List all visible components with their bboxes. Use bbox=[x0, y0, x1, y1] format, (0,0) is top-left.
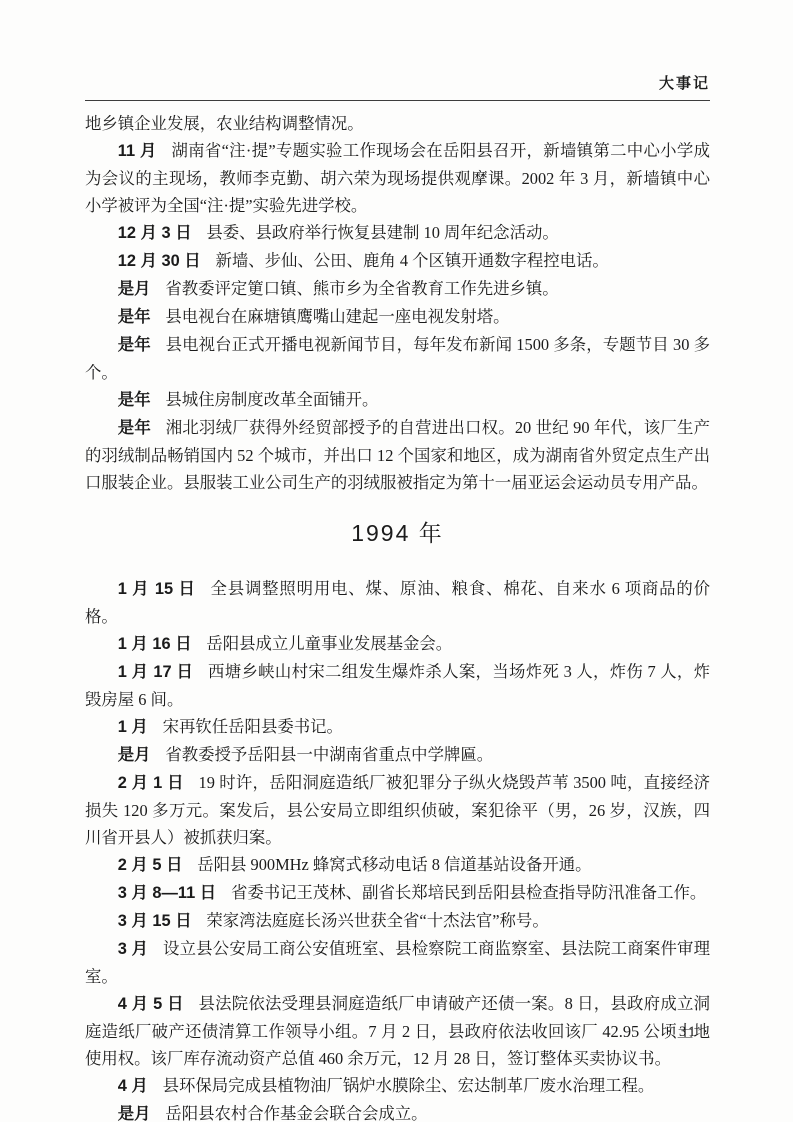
entry: 2 月 1 日19 时许，岳阳洞庭造纸厂被犯罪分子纵火烧毁芦苇 3500 吨，直… bbox=[85, 769, 710, 851]
entry-text: 县环保局完成县植物油厂锅炉水膜除尘、宏达制革厂废水治理工程。 bbox=[163, 1076, 655, 1095]
entry-date: 3 月 8—11 日 bbox=[118, 884, 216, 902]
entry-date: 2 月 5 日 bbox=[118, 856, 183, 874]
entry-text: 县电视台在麻塘镇鹰嘴山建起一座电视发射塔。 bbox=[165, 307, 509, 326]
entry-date: 11 月 bbox=[118, 142, 157, 160]
entry-date: 3 月 bbox=[118, 940, 148, 958]
entry-text: 县委、县政府举行恢复县建制 10 周年纪念活动。 bbox=[206, 223, 558, 242]
entry: 1 月 15 日全县调整照明用电、煤、原油、粮食、棉花、自来水 6 项商品的价格… bbox=[85, 575, 710, 630]
entry: 是月省教委授予岳阳县一中湖南省重点中学牌匾。 bbox=[85, 741, 710, 769]
entry-date: 是年 bbox=[118, 391, 151, 409]
page-content: 地乡镇企业发展，农业结构调整情况。 11 月湖南省“注·提”专题实验工作现场会在… bbox=[85, 110, 710, 1122]
entry-text: 岳阳县农村合作基金会联合会成立。 bbox=[165, 1104, 427, 1122]
entry-date: 是月 bbox=[118, 746, 151, 764]
entry-text: 湘北羽绒厂获得外经贸部授予的自营进出口权。20 世纪 90 年代，该厂生产的羽绒… bbox=[85, 418, 710, 492]
entry-text: 设立县公安局工商公安值班室、县检察院工商监察室、县法院工商案件审理室。 bbox=[85, 939, 710, 986]
running-title: 大事记 bbox=[659, 75, 710, 92]
entry-date: 12 月 30 日 bbox=[118, 252, 201, 270]
paragraph-continuation: 地乡镇企业发展，农业结构调整情况。 bbox=[85, 110, 710, 137]
entry: 是年县电视台正式开播电视新闻节目，每年发布新闻 1500 多条，专题节目 30 … bbox=[85, 331, 710, 386]
entry-date: 是月 bbox=[118, 280, 151, 298]
entry-text: 宋再钦任岳阳县委书记。 bbox=[163, 717, 343, 736]
entry: 是月岳阳县农村合作基金会联合会成立。 bbox=[85, 1100, 710, 1122]
entry-date: 4 月 5 日 bbox=[118, 995, 184, 1013]
entry: 4 月县环保局完成县植物油厂锅炉水膜除尘、宏达制革厂废水治理工程。 bbox=[85, 1072, 710, 1100]
entry-text: 县电视台正式开播电视新闻节目，每年发布新闻 1500 多条，专题节目 30 多个… bbox=[85, 335, 710, 382]
entry: 1 月 17 日西塘乡峡山村宋二组发生爆炸杀人案，当场炸死 3 人，炸伤 7 人… bbox=[85, 658, 710, 713]
page-header: 大事记 bbox=[85, 72, 710, 101]
page-number: · 31 · bbox=[667, 1024, 710, 1040]
entry: 是年湘北羽绒厂获得外经贸部授予的自营进出口权。20 世纪 90 年代，该厂生产的… bbox=[85, 414, 710, 496]
entry-date: 2 月 1 日 bbox=[118, 774, 184, 792]
entry-text: 新墙、步仙、公田、鹿角 4 个区镇开通数字程控电话。 bbox=[215, 251, 608, 270]
entry-text: 县城住房制度改革全面铺开。 bbox=[165, 390, 378, 409]
entry: 1 月宋再钦任岳阳县委书记。 bbox=[85, 713, 710, 741]
entry: 4 月 5 日县法院依法受理县洞庭造纸厂申请破产还债一案。8 日，县政府成立洞庭… bbox=[85, 990, 710, 1072]
entry-text: 岳阳县 900MHz 蜂窝式移动电话 8 信道基站设备开通。 bbox=[197, 855, 591, 874]
entry: 12 月 30 日新墙、步仙、公田、鹿角 4 个区镇开通数字程控电话。 bbox=[85, 247, 710, 275]
entry-date: 是年 bbox=[118, 336, 151, 354]
entry: 是年县电视台在麻塘镇鹰嘴山建起一座电视发射塔。 bbox=[85, 303, 710, 331]
page-footer: · 31 · bbox=[667, 1024, 710, 1041]
entry-date: 12 月 3 日 bbox=[118, 224, 192, 242]
entry-date: 1 月 17 日 bbox=[118, 663, 193, 681]
entry: 3 月设立县公安局工商公安值班室、县检察院工商监察室、县法院工商案件审理室。 bbox=[85, 935, 710, 990]
entry: 12 月 3 日县委、县政府举行恢复县建制 10 周年纪念活动。 bbox=[85, 219, 710, 247]
entry-text: 湖南省“注·提”专题实验工作现场会在岳阳县召开，新墙镇第二中心小学成为会议的主现… bbox=[85, 141, 710, 215]
entry: 3 月 15 日荣家湾法庭庭长汤兴世获全省“十杰法官”称号。 bbox=[85, 907, 710, 935]
entry-text: 省教委授予岳阳县一中湖南省重点中学牌匾。 bbox=[165, 745, 493, 764]
entry-text: 荣家湾法庭庭长汤兴世获全省“十杰法官”称号。 bbox=[206, 911, 548, 930]
entry-date: 1 月 15 日 bbox=[118, 580, 196, 598]
entry-date: 是年 bbox=[118, 419, 151, 437]
book-page: 大事记 地乡镇企业发展，农业结构调整情况。 11 月湖南省“注·提”专题实验工作… bbox=[0, 0, 793, 1122]
entry: 2 月 5 日岳阳县 900MHz 蜂窝式移动电话 8 信道基站设备开通。 bbox=[85, 851, 710, 879]
entry-date: 4 月 bbox=[118, 1077, 148, 1095]
entry: 3 月 8—11 日省委书记王茂林、副省长郑培民到岳阳县检查指导防汛准备工作。 bbox=[85, 879, 710, 907]
entry-date: 3 月 15 日 bbox=[118, 912, 192, 930]
entry-text: 岳阳县成立儿童事业发展基金会。 bbox=[206, 634, 452, 653]
entry: 是月省教委评定筻口镇、熊市乡为全省教育工作先进乡镇。 bbox=[85, 275, 710, 303]
entry-date: 1 月 bbox=[118, 718, 148, 736]
entry-text: 地乡镇企业发展，农业结构调整情况。 bbox=[85, 114, 364, 133]
year-heading: 1994 年 bbox=[85, 520, 710, 547]
entry-text: 省教委评定筻口镇、熊市乡为全省教育工作先进乡镇。 bbox=[165, 279, 558, 298]
entry-date: 是年 bbox=[118, 308, 151, 326]
entry: 1 月 16 日岳阳县成立儿童事业发展基金会。 bbox=[85, 630, 710, 658]
entry-date: 是月 bbox=[118, 1105, 151, 1122]
entry: 11 月湖南省“注·提”专题实验工作现场会在岳阳县召开，新墙镇第二中心小学成为会… bbox=[85, 137, 710, 219]
entry: 是年县城住房制度改革全面铺开。 bbox=[85, 386, 710, 414]
entry-text: 省委书记王茂林、副省长郑培民到岳阳县检查指导防汛准备工作。 bbox=[231, 883, 706, 902]
entry-date: 1 月 16 日 bbox=[118, 635, 192, 653]
